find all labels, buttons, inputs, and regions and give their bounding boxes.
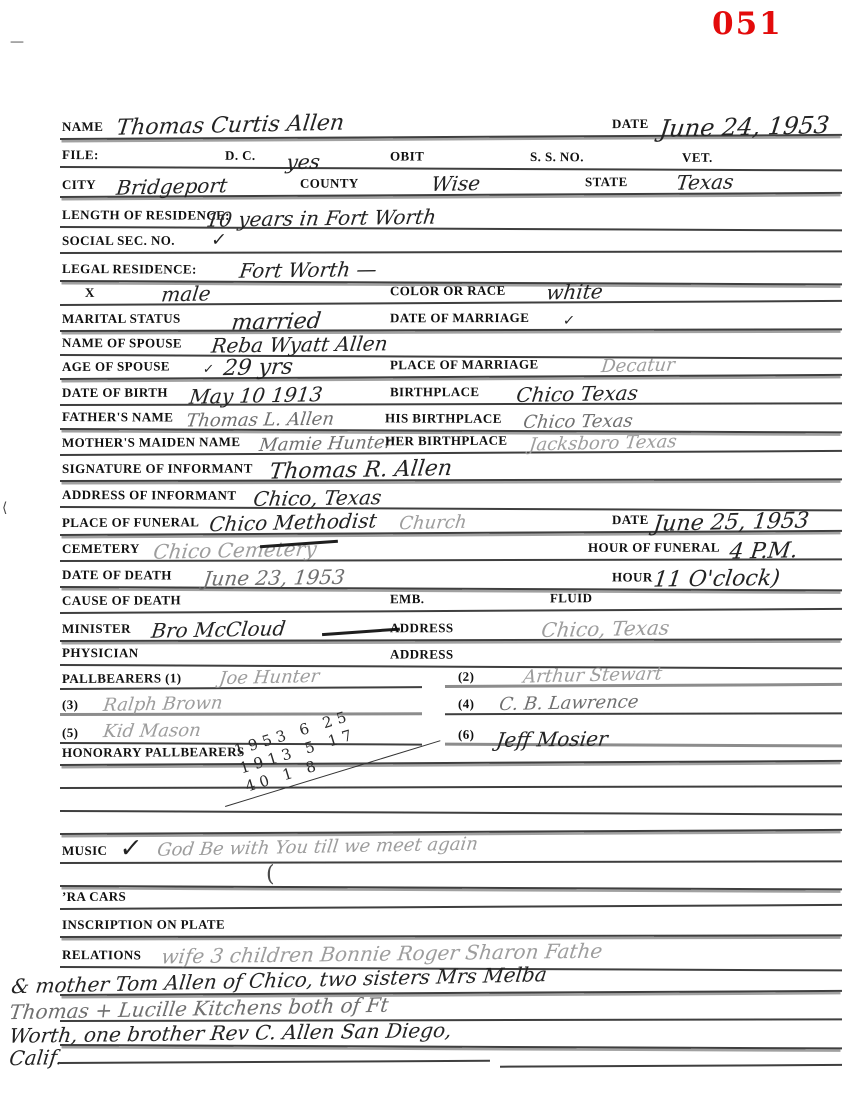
cause-row: CAUSE OF DEATH EMB. FLUID	[60, 584, 842, 614]
minister-row: MINISTER Bro McCloud ADDRESS Chico, Texa…	[60, 612, 842, 642]
pallbearers-row-1: PALLBEARERS (1) Joe Hunter (2) Arthur St…	[60, 662, 842, 690]
obit-label: OBIT	[390, 148, 424, 164]
date-label: DATE	[612, 116, 649, 132]
minister-strike-mark	[322, 628, 400, 637]
bottom-line-left-segment	[60, 1060, 490, 1064]
place-of-marriage-value: Decatur	[600, 354, 676, 377]
place-of-funeral-value-faint: Church	[398, 512, 468, 535]
spouse-age-value: 29 yrs	[222, 355, 294, 382]
spouse-age-row: AGE OF SPOUSE ✓ 29 yrs PLACE OF MARRIAGE…	[60, 352, 842, 380]
his-birthplace-label: HIS BIRTHPLACE	[385, 410, 502, 427]
funeral-row: PLACE OF FUNERAL Chico Methodist Church …	[60, 504, 842, 536]
page-number: 051	[712, 6, 783, 42]
birth-value: May 10 1913	[188, 382, 324, 409]
date-value: June 24, 1953	[658, 111, 831, 143]
music-label: MUSIC	[62, 843, 107, 859]
funeral-date-label: DATE	[612, 512, 649, 528]
name-label: NAME	[62, 119, 103, 135]
legal-residence-value: Fort Worth —	[238, 257, 378, 283]
hour-label: HOUR	[612, 569, 653, 585]
sex-value: male	[160, 281, 212, 306]
spouse-age-label: AGE OF SPOUSE	[62, 358, 170, 375]
minister-address-label: ADDRESS	[390, 620, 454, 636]
relations-text-line-2: & mother Tom Allen of Chico, two sisters…	[10, 962, 548, 998]
city-value: Bridgeport	[115, 173, 229, 200]
file-label: FILE:	[62, 147, 99, 163]
minister-address-value: Chico, Texas	[540, 615, 671, 641]
mother-label: MOTHER'S MAIDEN NAME	[62, 434, 241, 451]
emb-label: EMB.	[390, 591, 425, 607]
name-value: Thomas Curtis Allen	[115, 111, 346, 141]
hour-of-funeral-label: HOUR OF FUNERAL	[588, 540, 720, 556]
blank-ruled-line	[60, 764, 842, 789]
ssno-label: S. S. NO.	[530, 149, 584, 165]
pallbearers-5-label: (5)	[62, 725, 78, 741]
father-label: FATHER'S NAME	[62, 409, 173, 425]
her-birthplace-label: HER BIRTHPLACE	[385, 433, 508, 450]
pallbearer-4-value: C. B. Lawrence	[498, 691, 640, 715]
bottom-line-right-segment	[500, 1064, 842, 1068]
marital-label: MARITAL STATUS	[62, 311, 181, 327]
birth-label: DATE OF BIRTH	[62, 385, 168, 401]
race-value: white	[545, 279, 604, 304]
hour-of-funeral-value: 4 P.M.	[728, 538, 799, 564]
physician-address-label: ADDRESS	[390, 646, 454, 662]
cemetery-row: CEMETERY Chico Cemetery HOUR OF FUNERAL …	[60, 534, 842, 562]
county-label: COUNTY	[300, 175, 359, 191]
cause-of-death-label: CAUSE OF DEATH	[62, 592, 181, 609]
informant-value: Thomas R. Allen	[268, 456, 453, 485]
sex-row: X male COLOR OR RACE white	[60, 278, 842, 306]
marital-row: MARITAL STATUS married DATE OF MARRIAGE …	[60, 304, 842, 332]
birth-row: DATE OF BIRTH May 10 1913 BIRTHPLACE Chi…	[60, 378, 842, 406]
music-row: MUSIC ✓ God Be with You till we meet aga…	[60, 831, 842, 864]
date-of-death-label: DATE OF DEATH	[62, 567, 172, 583]
stray-mark-dash: —	[10, 34, 24, 50]
state-value: Texas	[675, 169, 735, 194]
date-of-marriage-checkmark: ✓	[562, 313, 576, 329]
informant-row: SIGNATURE OF INFORMANT Thomas R. Allen	[60, 454, 842, 482]
city-row: CITY Bridgeport COUNTY Wise STATE Texas	[60, 164, 842, 198]
relations-label: RELATIONS	[62, 947, 141, 963]
minister-value: Bro McCloud	[150, 616, 287, 643]
place-of-funeral-label: PLACE OF FUNERAL	[62, 514, 199, 531]
mother-value: Mamie Hunter	[258, 432, 395, 456]
ssn-checkmark: ✓	[210, 229, 228, 250]
legal-residence-label: LEGAL RESIDENCE:	[62, 261, 197, 278]
relations-last-line: Calif.	[60, 1042, 842, 1066]
pallbearers-4-label: (4)	[458, 696, 474, 712]
extra-cars-label: ’RA CARS	[62, 889, 126, 905]
sex-label: X	[85, 285, 95, 301]
informant-label: SIGNATURE OF INFORMANT	[62, 461, 253, 477]
cemetery-label: CEMETERY	[62, 541, 140, 557]
residence-label: LENGTH OF RESIDENCE:	[62, 207, 230, 224]
inscription-label: INSCRIPTION ON PLATE	[62, 917, 225, 933]
scanned-funeral-record-page: 051 — ⟨ ( NAME Thomas Curtis Allen DATE …	[0, 0, 850, 1100]
inscription-row: INSCRIPTION ON PLATE	[60, 908, 842, 938]
pallbearers-2-label: (2)	[458, 669, 474, 685]
dc-label: D. C.	[225, 148, 256, 164]
mother-row: MOTHER'S MAIDEN NAME Mamie Hunter HER BI…	[60, 426, 842, 456]
pallbearer-5-value: Kid Mason	[102, 720, 202, 742]
music-value: God Be with You till we meet again	[156, 834, 479, 861]
birthplace-value: Chico Texas	[515, 381, 639, 407]
place-of-funeral-value: Chico Methodist	[208, 508, 378, 536]
date-of-marriage-label: DATE OF MARRIAGE	[390, 310, 529, 326]
relations-continued-line: & mother Tom Allen of Chico, two sisters…	[60, 964, 842, 996]
place-of-marriage-label: PLACE OF MARRIAGE	[390, 356, 539, 373]
stray-mark-angle: ⟨	[2, 500, 7, 516]
funeral-date-value: June 25, 1953	[652, 508, 810, 537]
county-value: Wise	[430, 171, 482, 196]
physician-label: PHYSICIAN	[62, 645, 139, 661]
relations-text-line-5: Calif.	[8, 1045, 64, 1070]
honorary-pallbearers-label: HONORARY PALLBEARERS	[62, 744, 245, 761]
pallbearers-6-label: (6)	[458, 727, 474, 743]
spouse-label: NAME OF SPOUSE	[62, 335, 182, 352]
music-checkmark: ✓	[118, 833, 143, 863]
cemetery-value: Chico Cemetery	[152, 537, 318, 564]
pallbearer-2-value: Arthur Stewart	[522, 663, 663, 687]
minister-label: MINISTER	[62, 621, 131, 637]
vet-label: VET.	[682, 150, 713, 166]
pallbearers-row-2: (3) Ralph Brown (4) C. B. Lawrence	[60, 690, 842, 716]
spouse-age-checkmark: ✓	[202, 362, 215, 377]
city-label: CITY	[62, 177, 96, 193]
pallbearers-3-label: (3)	[62, 697, 78, 713]
extra-cars-row: ’RA CARS	[60, 883, 842, 910]
informant-address-label: ADDRESS OF INFORMANT	[62, 487, 236, 504]
state-label: STATE	[585, 174, 628, 190]
ssn-row: SOCIAL SEC. NO. ✓	[60, 226, 842, 254]
pallbearers-1-label: PALLBEARERS (1)	[62, 670, 182, 687]
fluid-label: FLUID	[550, 590, 593, 606]
her-birthplace-value: Jacksboro Texas	[528, 431, 678, 455]
pallbearer-1-value: Joe Hunter	[218, 666, 321, 689]
honorary-pallbearers-row: HONORARY PALLBEARERS	[60, 742, 842, 766]
race-label: COLOR OR RACE	[390, 283, 506, 300]
ssn-label: SOCIAL SEC. NO.	[62, 233, 175, 249]
name-row: NAME Thomas Curtis Allen DATE June 24, 1…	[60, 94, 842, 140]
pallbearer-3-value: Ralph Brown	[102, 693, 224, 716]
birthplace-label: BIRTHPLACE	[390, 384, 480, 400]
